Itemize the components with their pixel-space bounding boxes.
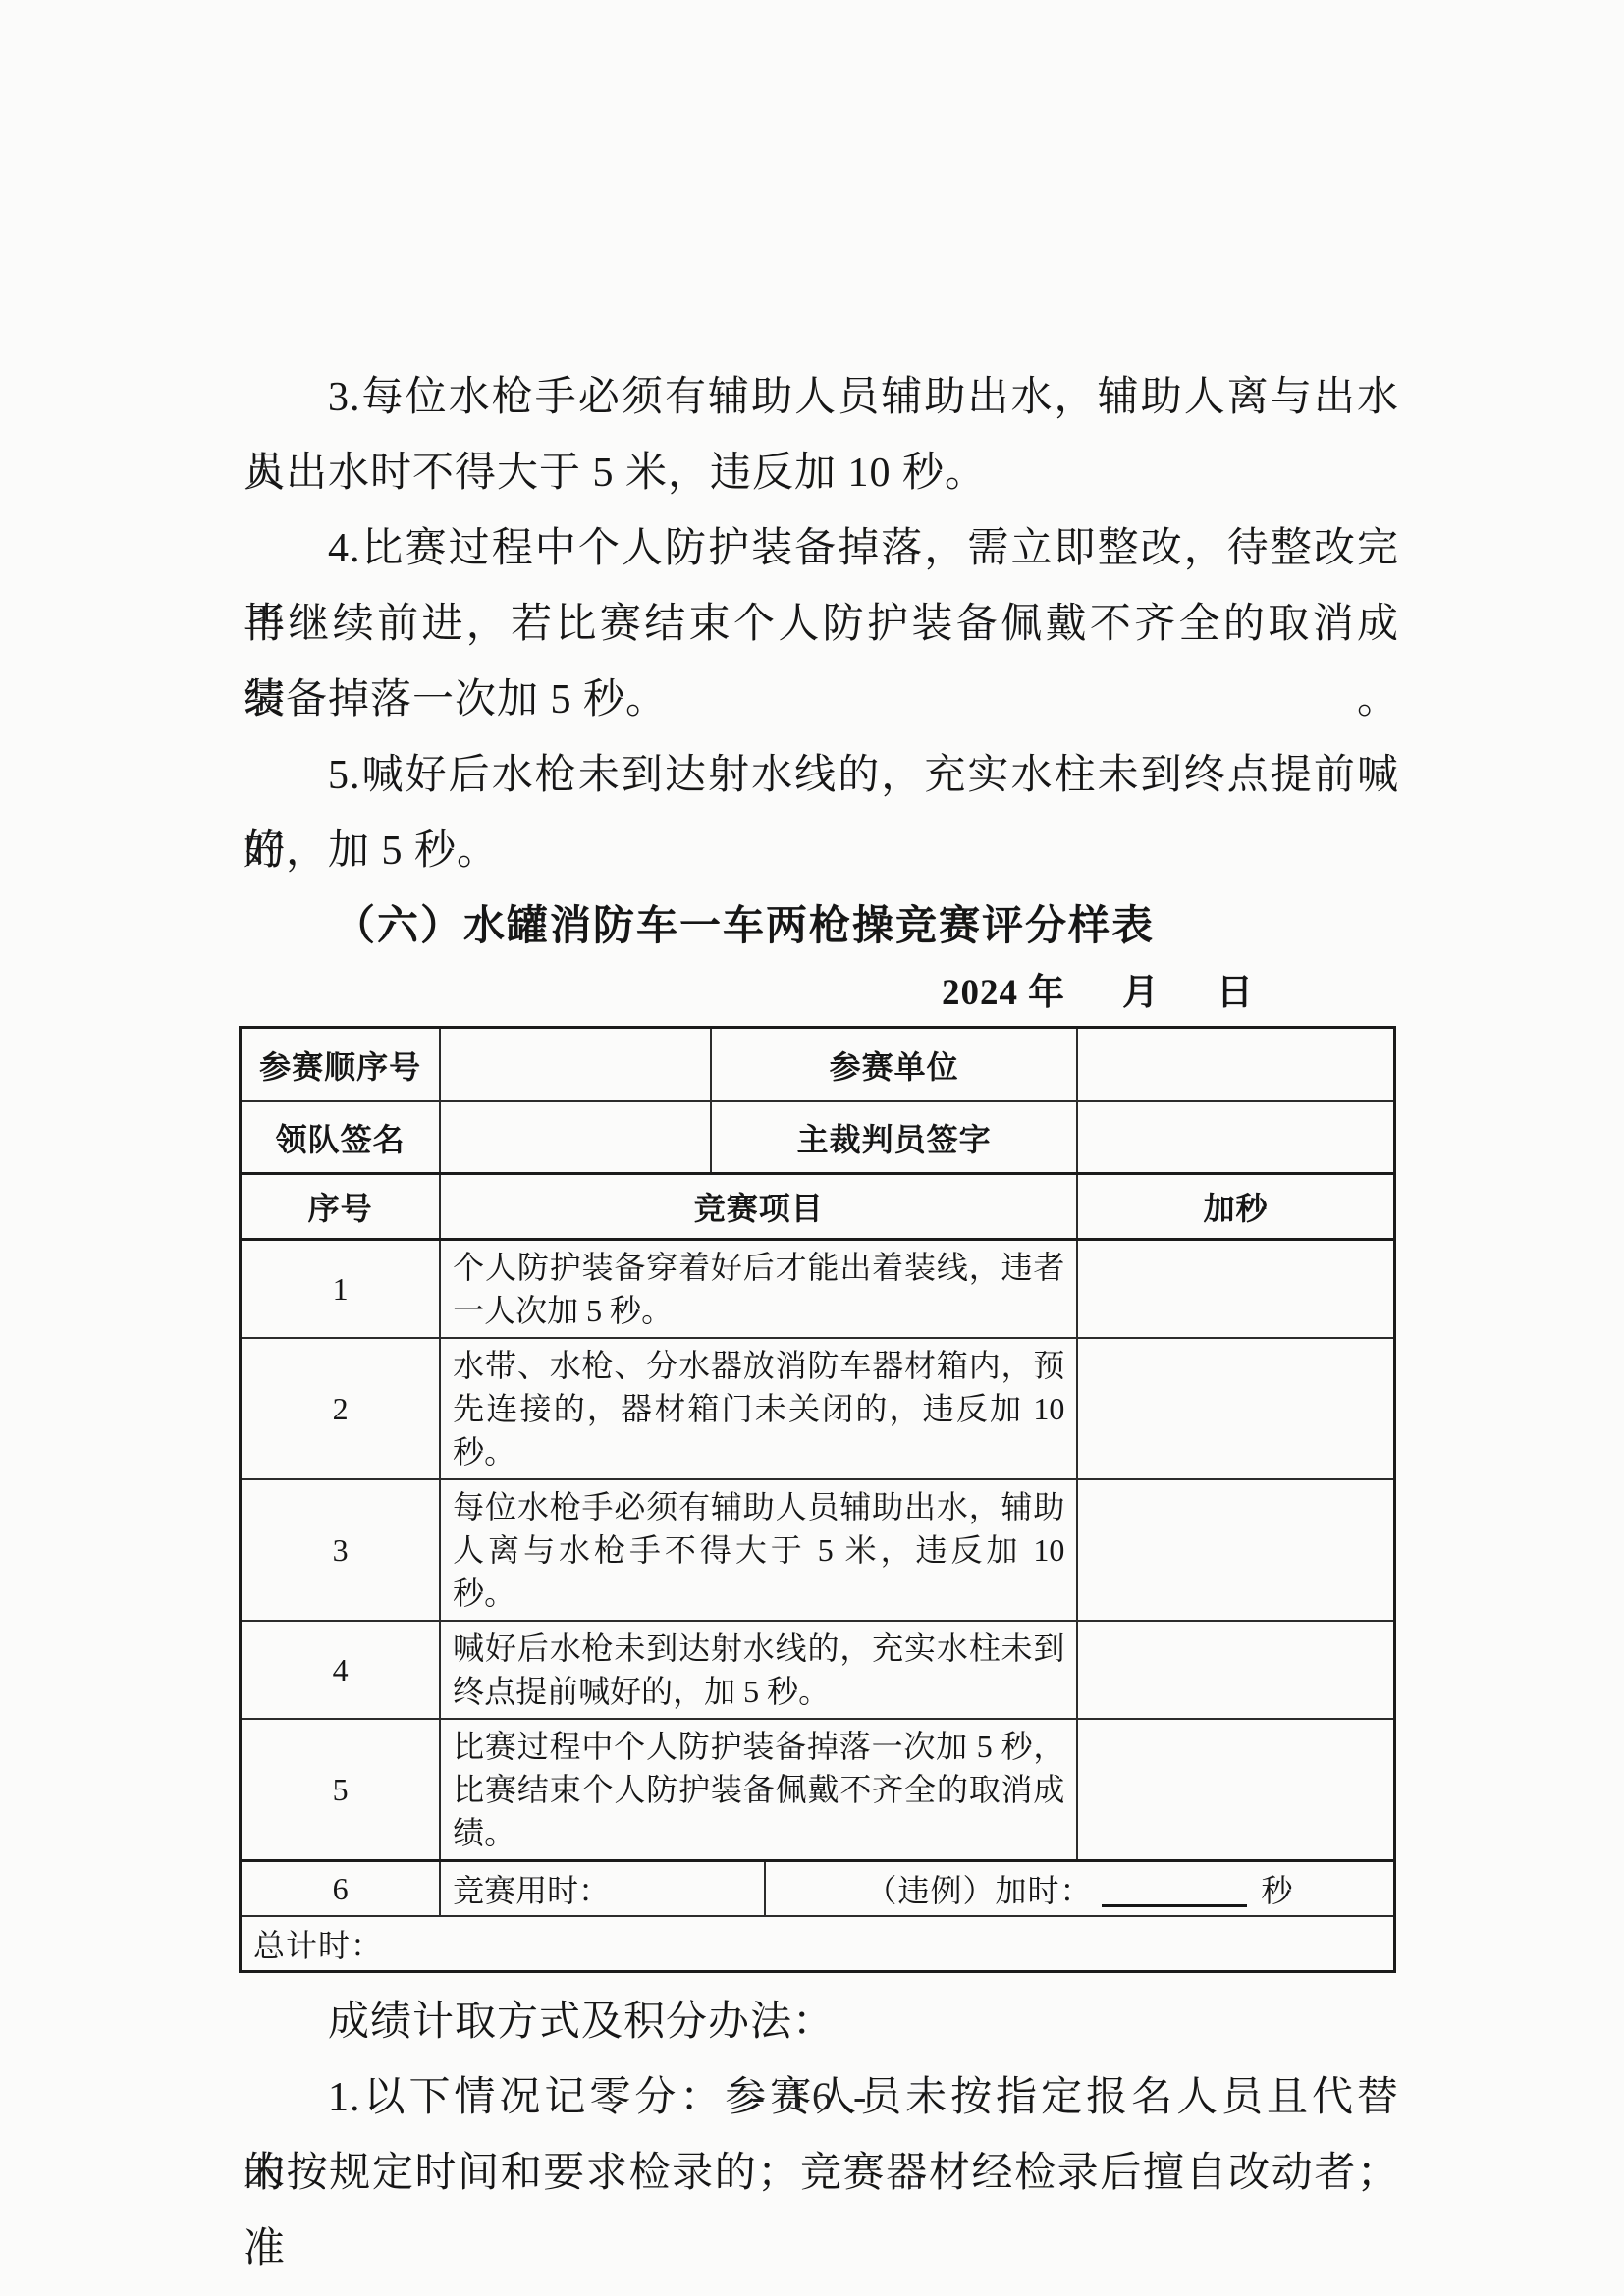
- leader-signature-label: 领队签名: [242, 1102, 439, 1172]
- total-time-label: 总计时：: [242, 1917, 1393, 1970]
- table-row: 1 个人防护装备穿着好后才能出着装线，违者一人次加 5 秒。: [242, 1238, 1393, 1337]
- date-year-value: 2024: [942, 973, 1018, 1013]
- row-number: 3: [242, 1480, 439, 1620]
- score-table: 参赛顺序号 参赛单位 领队签名 主裁判员签字 序号 竞赛项目 加秒 1: [239, 1026, 1396, 1973]
- chief-referee-signature-value-cell: [1076, 1102, 1393, 1172]
- row-number: 2: [242, 1339, 439, 1478]
- page-number: - 16 -: [0, 2073, 1624, 2119]
- table-row: 2 水带、水枪、分水器放消防车器材箱内，预先连接的，器材箱门未关闭的，违反加 1…: [242, 1337, 1393, 1478]
- body-line: 员出水时不得大于 5 米，违反加 10 秒。: [244, 436, 1399, 511]
- row-event-text-inner: 水带、水枪、分水器放消防车器材箱内，预先连接的，器材箱门未关闭的，违反加 10 …: [453, 1348, 1064, 1469]
- row-added-seconds-cell: [1076, 1480, 1393, 1620]
- row-event-text-inner: 喊好后水枪未到达射水线的，充实水柱未到终点提前喊好的，加 5 秒。: [453, 1630, 1064, 1709]
- row-number: 6: [242, 1862, 439, 1915]
- footer-subtitle: 成绩计取方式及积分办法：: [244, 1985, 1399, 2060]
- body-line: 5.喊好后水枪未到达射水线的，充实水柱未到终点提前喊好: [244, 738, 1399, 814]
- row-number: 5: [242, 1720, 439, 1859]
- body-line: 的，加 5 秒。: [244, 814, 1399, 889]
- table-info-row: 参赛顺序号 参赛单位: [242, 1029, 1393, 1100]
- col-header-no: 序号: [242, 1175, 439, 1238]
- body-line: 4.比赛过程中个人防护装备掉落，需立即整改，待整改完毕: [244, 511, 1399, 587]
- penalty-time-blank: [1102, 1871, 1247, 1907]
- table-info-row: 领队签名 主裁判员签字: [242, 1100, 1393, 1172]
- date-day-unit: 日: [1217, 973, 1254, 1013]
- row-added-seconds-cell: [1076, 1720, 1393, 1859]
- row-number: 4: [242, 1622, 439, 1718]
- team-unit-value-cell: [1076, 1029, 1393, 1100]
- row-event-text: 比赛过程中个人防护装备掉落一次加 5 秒，比赛结束个人防护装备佩戴不齐全的取消成…: [439, 1720, 1076, 1859]
- row-added-seconds-cell: [1076, 1339, 1393, 1478]
- document-page: 3.每位水枪手必须有辅助人员辅助出水，辅助人离与出水人 员出水时不得大于 5 米…: [0, 0, 1624, 2296]
- table-row-time: 6 竞赛用时： （违例）加时：秒: [242, 1859, 1393, 1915]
- body-line: 再继续前进，若比赛结束个人防护装备佩戴不齐全的取消成绩。: [244, 587, 1399, 663]
- penalty-time-unit: 秒: [1261, 1866, 1293, 1911]
- page-content: 3.每位水枪手必须有辅助人员辅助出水，辅助人离与出水人 员出水时不得大于 5 米…: [244, 360, 1399, 2212]
- col-header-event: 竞赛项目: [439, 1175, 1076, 1238]
- footer-line: 未按规定时间和要求检录的；竞赛器材经检录后擅自改动者；准: [244, 2136, 1399, 2212]
- col-header-added-seconds: 加秒: [1076, 1175, 1393, 1238]
- table-header-row: 序号 竞赛项目 加秒: [242, 1172, 1393, 1238]
- table-row: 5 比赛过程中个人防护装备掉落一次加 5 秒，比赛结束个人防护装备佩戴不齐全的取…: [242, 1718, 1393, 1859]
- table-row: 3 每位水枪手必须有辅助人员辅助出水，辅助人离与水枪手不得大于 5 米，违反加 …: [242, 1478, 1393, 1620]
- row-event-text: 喊好后水枪未到达射水线的，充实水柱未到终点提前喊好的，加 5 秒。: [439, 1622, 1076, 1718]
- section-heading: （六）水罐消防车一车两枪操竞赛评分样表: [244, 889, 1399, 965]
- team-unit-label: 参赛单位: [710, 1029, 1077, 1100]
- penalty-time-cell: （违例）加时：秒: [764, 1862, 1393, 1915]
- body-text: 3.每位水枪手必须有辅助人员辅助出水，辅助人离与出水人 员出水时不得大于 5 米…: [244, 360, 1399, 889]
- entry-order-label: 参赛顺序号: [242, 1029, 439, 1100]
- row-event-text: 水带、水枪、分水器放消防车器材箱内，预先连接的，器材箱门未关闭的，违反加 10 …: [439, 1339, 1076, 1478]
- row-number: 1: [242, 1241, 439, 1337]
- body-line: 3.每位水枪手必须有辅助人员辅助出水，辅助人离与出水人: [244, 360, 1399, 436]
- table-total-row: 总计时：: [242, 1915, 1393, 1970]
- row-event-text-inner: 个人防护装备穿着好后才能出着装线，违者一人次加 5 秒。: [453, 1250, 1064, 1328]
- chief-referee-signature-label: 主裁判员签字: [710, 1102, 1077, 1172]
- date-line: 2024年月日: [244, 965, 1399, 1022]
- row-event-text: 每位水枪手必须有辅助人员辅助出水，辅助人离与水枪手不得大于 5 米，违反加 10…: [439, 1480, 1076, 1620]
- row-added-seconds-cell: [1076, 1622, 1393, 1718]
- penalty-time-label: （违例）加时：: [865, 1866, 1092, 1911]
- competition-time-label: 竞赛用时：: [439, 1862, 764, 1915]
- row-event-text: 个人防护装备穿着好后才能出着装线，违者一人次加 5 秒。: [439, 1241, 1076, 1337]
- date-month-unit: 月: [1122, 973, 1160, 1013]
- leader-signature-value-cell: [439, 1102, 710, 1172]
- entry-order-value-cell: [439, 1029, 710, 1100]
- row-event-text-inner: 比赛过程中个人防护装备掉落一次加 5 秒，比赛结束个人防护装备佩戴不齐全的取消成…: [453, 1729, 1064, 1850]
- table-row: 4 喊好后水枪未到达射水线的，充实水柱未到终点提前喊好的，加 5 秒。: [242, 1620, 1393, 1718]
- date-year-unit: 年: [1028, 973, 1065, 1013]
- row-added-seconds-cell: [1076, 1241, 1393, 1337]
- row-event-text-inner: 每位水枪手必须有辅助人员辅助出水，辅助人离与水枪手不得大于 5 米，违反加 10…: [453, 1489, 1064, 1611]
